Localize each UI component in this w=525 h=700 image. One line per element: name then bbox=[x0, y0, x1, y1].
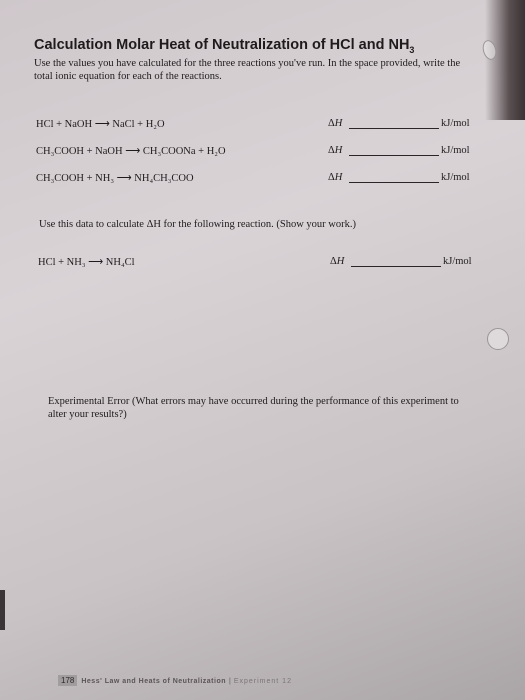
delta-var: H bbox=[335, 118, 343, 129]
unit-label: kJ/mol bbox=[441, 118, 470, 129]
page-edge-shadow bbox=[485, 0, 525, 120]
calculation-prompt: Use this data to calculate ΔH for the fo… bbox=[39, 219, 356, 230]
delta-var: H bbox=[335, 172, 343, 183]
delta-symbol: Δ bbox=[328, 172, 335, 183]
unit-label: kJ/mol bbox=[441, 172, 470, 183]
binder-edge bbox=[0, 590, 5, 630]
punch-hole bbox=[487, 328, 509, 350]
delta-h-label: ΔH bbox=[328, 172, 342, 183]
unit-label: kJ/mol bbox=[441, 145, 470, 156]
reaction-row: CH₃COOH + NaOH ⟶ CH₃COONa + H₂O ΔH kJ/mo… bbox=[36, 145, 496, 159]
title-text: Calculation Molar Heat of Neutralization… bbox=[34, 37, 409, 53]
answer-blank[interactable] bbox=[349, 155, 439, 156]
reaction-equation: HCl + NH₃ ⟶ NH₄Cl bbox=[38, 256, 135, 268]
experimental-error-question: Experimental Error (What errors may have… bbox=[48, 395, 478, 421]
unit-label: kJ/mol bbox=[443, 256, 472, 267]
delta-symbol: Δ bbox=[330, 256, 337, 267]
target-reaction-row: HCl + NH₃ ⟶ NH₄Cl ΔH kJ/mol bbox=[38, 256, 498, 270]
answer-blank[interactable] bbox=[351, 266, 441, 267]
delta-var: H bbox=[337, 256, 345, 267]
answer-blank[interactable] bbox=[349, 128, 439, 129]
instructions: Use the values you have calculated for t… bbox=[34, 57, 474, 83]
answer-blank[interactable] bbox=[349, 182, 439, 183]
reaction-equation: HCl + NaOH ⟶ NaCl + H₂O bbox=[36, 118, 165, 130]
delta-h-label: ΔH bbox=[328, 118, 342, 129]
reaction-equation: CH₃COOH + NaOH ⟶ CH₃COONa + H₂O bbox=[36, 145, 226, 157]
reaction-row: HCl + NaOH ⟶ NaCl + H₂O ΔH kJ/mol bbox=[36, 118, 496, 132]
delta-symbol: Δ bbox=[328, 145, 335, 156]
title-subscript: 3 bbox=[409, 45, 414, 55]
page-number: 178 bbox=[58, 675, 77, 686]
delta-var: H bbox=[335, 145, 343, 156]
experiment-label: Experiment 12 bbox=[234, 678, 292, 685]
page-title: Calculation Molar Heat of Neutralization… bbox=[34, 37, 414, 55]
page-footer: 178Hess' Law and Heats of Neutralization… bbox=[58, 675, 292, 687]
reaction-equation: CH₃COOH + NH₃ ⟶ NH₄CH₃COO bbox=[36, 172, 194, 184]
delta-h-label: ΔH bbox=[330, 256, 344, 267]
delta-h-label: ΔH bbox=[328, 145, 342, 156]
chapter-title: Hess' Law and Heats of Neutralization bbox=[81, 678, 226, 685]
footer-separator: | bbox=[229, 678, 231, 685]
delta-symbol: Δ bbox=[328, 118, 335, 129]
reaction-row: CH₃COOH + NH₃ ⟶ NH₄CH₃COO ΔH kJ/mol bbox=[36, 172, 496, 186]
